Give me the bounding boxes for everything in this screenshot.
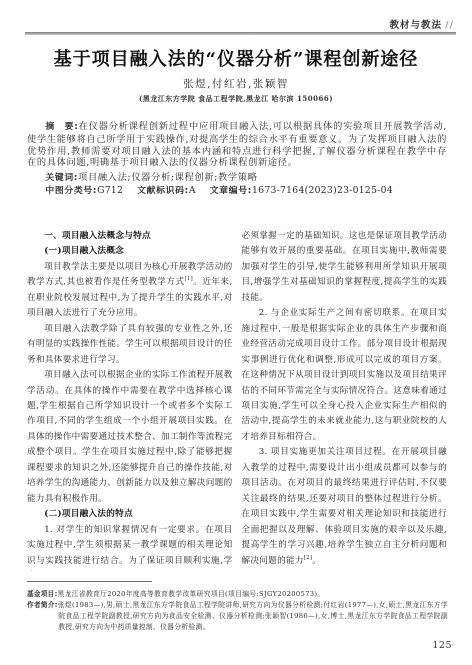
body-paragraph-continued: 必须掌握一定的基础知识。这也是保证项目教学活动能够有效开展的重要基础。在项目实施…	[242, 229, 448, 306]
body-right-column: 必须掌握一定的基础知识。这也是保证项目教学活动能够有效开展的重要基础。在项目实施…	[242, 229, 448, 571]
article-id-label: 文章编号:	[210, 186, 252, 196]
author-bio-text: 张煜(1983—),男,硕士,黑龙江东方学院食品工程学院讲师,研究方向为仪器分析…	[58, 601, 448, 631]
body-paragraph: 项目教学法主要是以项目为核心开展教学活动的教学方式,其也被看作是任务型教学方式[…	[27, 260, 233, 322]
fund-text: 黑龙江省教育厅2020年度高等教育教学改革研究项目(项目编号:SJGY20200…	[58, 590, 325, 598]
keywords-label: 关键词:	[45, 173, 78, 183]
doc-code-label: 文献标识码:	[137, 186, 189, 196]
footnotes: 基金项目:黑龙江省教育厅2020年度高等教育教学改革研究项目(项目编号:SJGY…	[27, 589, 448, 633]
fund-label: 基金项目:	[27, 590, 58, 598]
article-authors: 张煜,付红岩,张颖智	[0, 76, 472, 91]
clc-value: G712	[97, 185, 123, 196]
author-bio-label: 作者简介:	[27, 601, 58, 609]
article-affiliation: (黑龙江东方学院 食品工程学院,黑龙江 哈尔滨 150066)	[0, 94, 472, 104]
reference-marker: [2]	[304, 555, 312, 561]
article-id-value: 1673-7164(2023)23-0125-04	[252, 185, 393, 196]
section-heading: 一、项目融入法概念与特点	[27, 229, 233, 244]
body-paragraph: 1. 对学生的知识掌握情况有一定要求。在项目实施过程中,学生须根据某一教学课题的…	[27, 523, 233, 571]
keywords-text: 项目融入法;仪器分析;课程创新;教学策略	[78, 172, 257, 183]
body-paragraph: 项目融入法教学除了具有较强的专业性之外,还有明显的实践操作性能。学生可以根据项目…	[27, 322, 233, 368]
abstract-text: 在仪器分析课程创新过程中应用项目融入法,可以根据具体的实验项目开展教学活动,使学…	[27, 121, 447, 168]
body-paragraph: 项目融入法可以根据企业的实际工作流程开展教学活动。在具体的操作中需要在教学中选择…	[27, 368, 233, 507]
body-columns: 一、项目融入法概念与特点(一)项目融入法概念项目教学法主要是以项目为核心开展教学…	[27, 229, 447, 571]
footnote-divider	[27, 581, 152, 582]
journal-page: 教材与教法// 基于项目融入法的“仪器分析”课程创新途径 张煜,付红岩,张颖智 …	[0, 0, 472, 665]
subsection-heading: (二)项目融入法的特点	[27, 507, 233, 522]
section-slash-marks: //	[445, 20, 454, 31]
body-left-column: 一、项目融入法概念与特点(一)项目融入法概念项目教学法主要是以项目为核心开展教学…	[27, 229, 233, 571]
article-title: 基于项目融入法的“仪器分析”课程创新途径	[0, 45, 472, 71]
section-header: 教材与教法//	[390, 17, 454, 31]
reference-marker: [1]	[185, 277, 193, 283]
clc-label: 中图分类号:	[45, 186, 97, 196]
doc-code-value: A	[189, 185, 196, 196]
header-divider	[25, 32, 456, 35]
page-number: 125	[432, 640, 452, 651]
abstract: 摘 要:在仪器分析课程创新过程中应用项目融入法,可以根据具体的实验项目开展教学活…	[27, 121, 447, 169]
keywords: 关键词:项目融入法;仪器分析;课程创新;教学策略	[27, 172, 447, 185]
body-paragraph: 2. 与企业实际生产之间有密切联系。在项目实施过程中,一般是根据实际企业的具体生…	[242, 306, 448, 445]
body-paragraph: 3. 项目实施更加关注项目过程。在开展项目融入教学的过程中,需要设计出小组成员都…	[242, 445, 448, 569]
author-bio-note: 作者简介:张煜(1983—),男,硕士,黑龙江东方学院食品工程学院讲师,研究方向…	[27, 600, 448, 633]
classification-line: 中图分类号:G712文献标识码:A文章编号:1673-7164(2023)23-…	[27, 185, 447, 198]
subsection-heading: (一)项目融入法概念	[27, 244, 233, 259]
article-meta: 摘 要:在仪器分析课程创新过程中应用项目融入法,可以根据具体的实验项目开展教学活…	[27, 121, 447, 198]
fund-note: 基金项目:黑龙江省教育厅2020年度高等教育教学改革研究项目(项目编号:SJGY…	[27, 589, 448, 600]
section-label: 教材与教法	[390, 20, 443, 31]
abstract-label: 摘 要:	[45, 122, 78, 132]
